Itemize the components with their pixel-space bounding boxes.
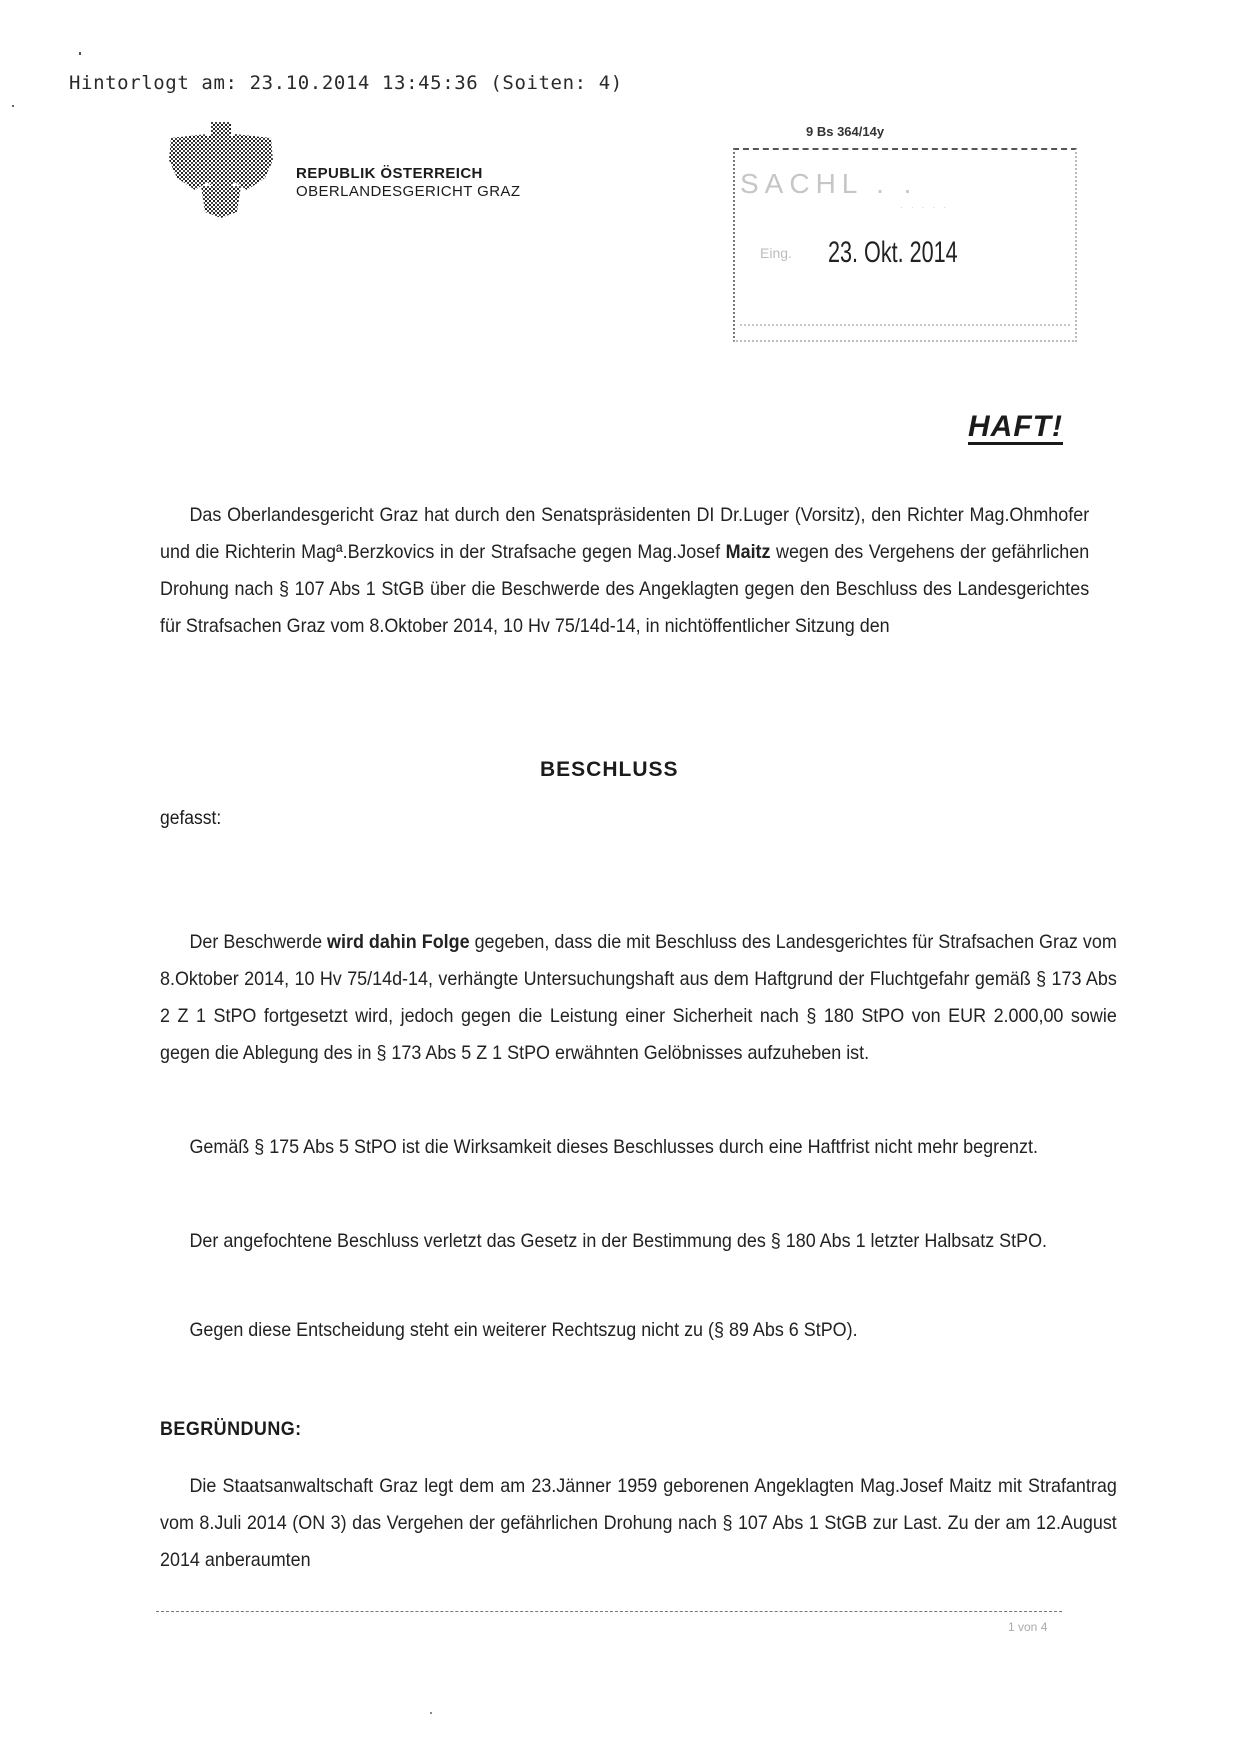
page-indicator: 1 von 4: [1008, 1620, 1047, 1634]
scan-speck: [12, 105, 14, 107]
fax-transmission-header: Hintorlogt am: 23.10.2014 13:45:36 (Soit…: [69, 72, 623, 94]
defendant-name: Maitz: [726, 541, 771, 563]
decision-paragraph: Der Beschwerde wird dahin Folge gegeben,…: [160, 924, 1117, 1072]
stamp-received-date: 23. Okt. 2014: [828, 236, 958, 270]
stamp-received-label: Eing.: [760, 245, 792, 261]
reasoning-heading: BEGRÜNDUNG:: [160, 1418, 302, 1441]
decision-paragraph: Der angefochtene Beschluss verletzt das …: [160, 1223, 1117, 1260]
intro-paragraph: Das Oberlandesgericht Graz hat durch den…: [160, 497, 1089, 645]
scan-speck: [430, 1712, 432, 1714]
footer-divider: [156, 1611, 1062, 1612]
austrian-eagle-crest-icon: [165, 120, 277, 220]
detention-marker: HAFT!: [968, 410, 1063, 444]
case-number: 9 Bs 364/14y: [806, 124, 884, 139]
court-letterhead: REPUBLIK ÖSTERREICH OBERLANDESGERICHT GR…: [296, 165, 520, 201]
decision-paragraph: Gemäß § 175 Abs 5 StPO ist die Wirksamke…: [160, 1129, 1117, 1166]
decision-paragraph: Gegen diese Entscheidung steht ein weite…: [160, 1312, 1117, 1349]
reasoning-paragraph: Die Staatsanwaltschaft Graz legt dem am …: [160, 1468, 1117, 1579]
scan-speck: [79, 52, 81, 55]
decision-heading: BESCHLUSS: [540, 758, 679, 782]
letterhead-court: OBERLANDESGERICHT GRAZ: [296, 183, 520, 201]
letterhead-republic: REPUBLIK ÖSTERREICH: [296, 165, 520, 183]
stamp-faint-title: SACHL . .: [740, 168, 917, 200]
decision-subheading: gefasst:: [160, 808, 221, 830]
stamp-bottom-line: [740, 324, 1070, 326]
stamp-faint-subtitle: · · · · ·: [900, 203, 949, 212]
